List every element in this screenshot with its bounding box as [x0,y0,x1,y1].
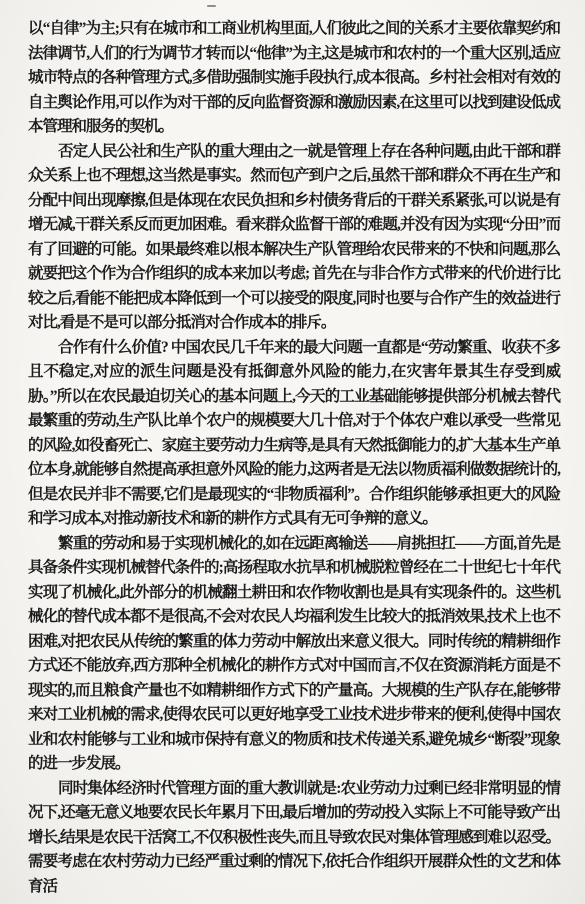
body-paragraph-continuation: 以“自律”为主;只有在城市和工商业机构里面,人们彼此之间的关系才主要依靠契约和法… [28,17,560,140]
body-paragraph: 否定人民公社和生产队的重大理由之一就是管理上存在各种问题,由此干部和群众关系上也… [28,140,560,336]
scanned-book-page: 以“自律”为主;只有在城市和工商业机构里面,人们彼此之间的关系才主要依靠契约和法… [0,0,585,904]
body-paragraph: 同时集体经济时代管理方面的重大教训就是:农业劳动力过剩已经非常明显的情况下,还毫… [28,777,560,900]
body-paragraph: 繁重的劳动和易于实现机械化的,如在远距离输送——肩挑担扛——方面,首先是具备条件… [28,532,560,777]
body-text-block: 以“自律”为主;只有在城市和工商业机构里面,人们彼此之间的关系才主要依靠契约和法… [28,17,560,899]
scan-artifact-dash [207,5,216,7]
body-paragraph: 合作有什么价值? 中国农民几千年来的最大问题一直都是“劳动繁重、收获不多且不稳定… [28,336,560,532]
